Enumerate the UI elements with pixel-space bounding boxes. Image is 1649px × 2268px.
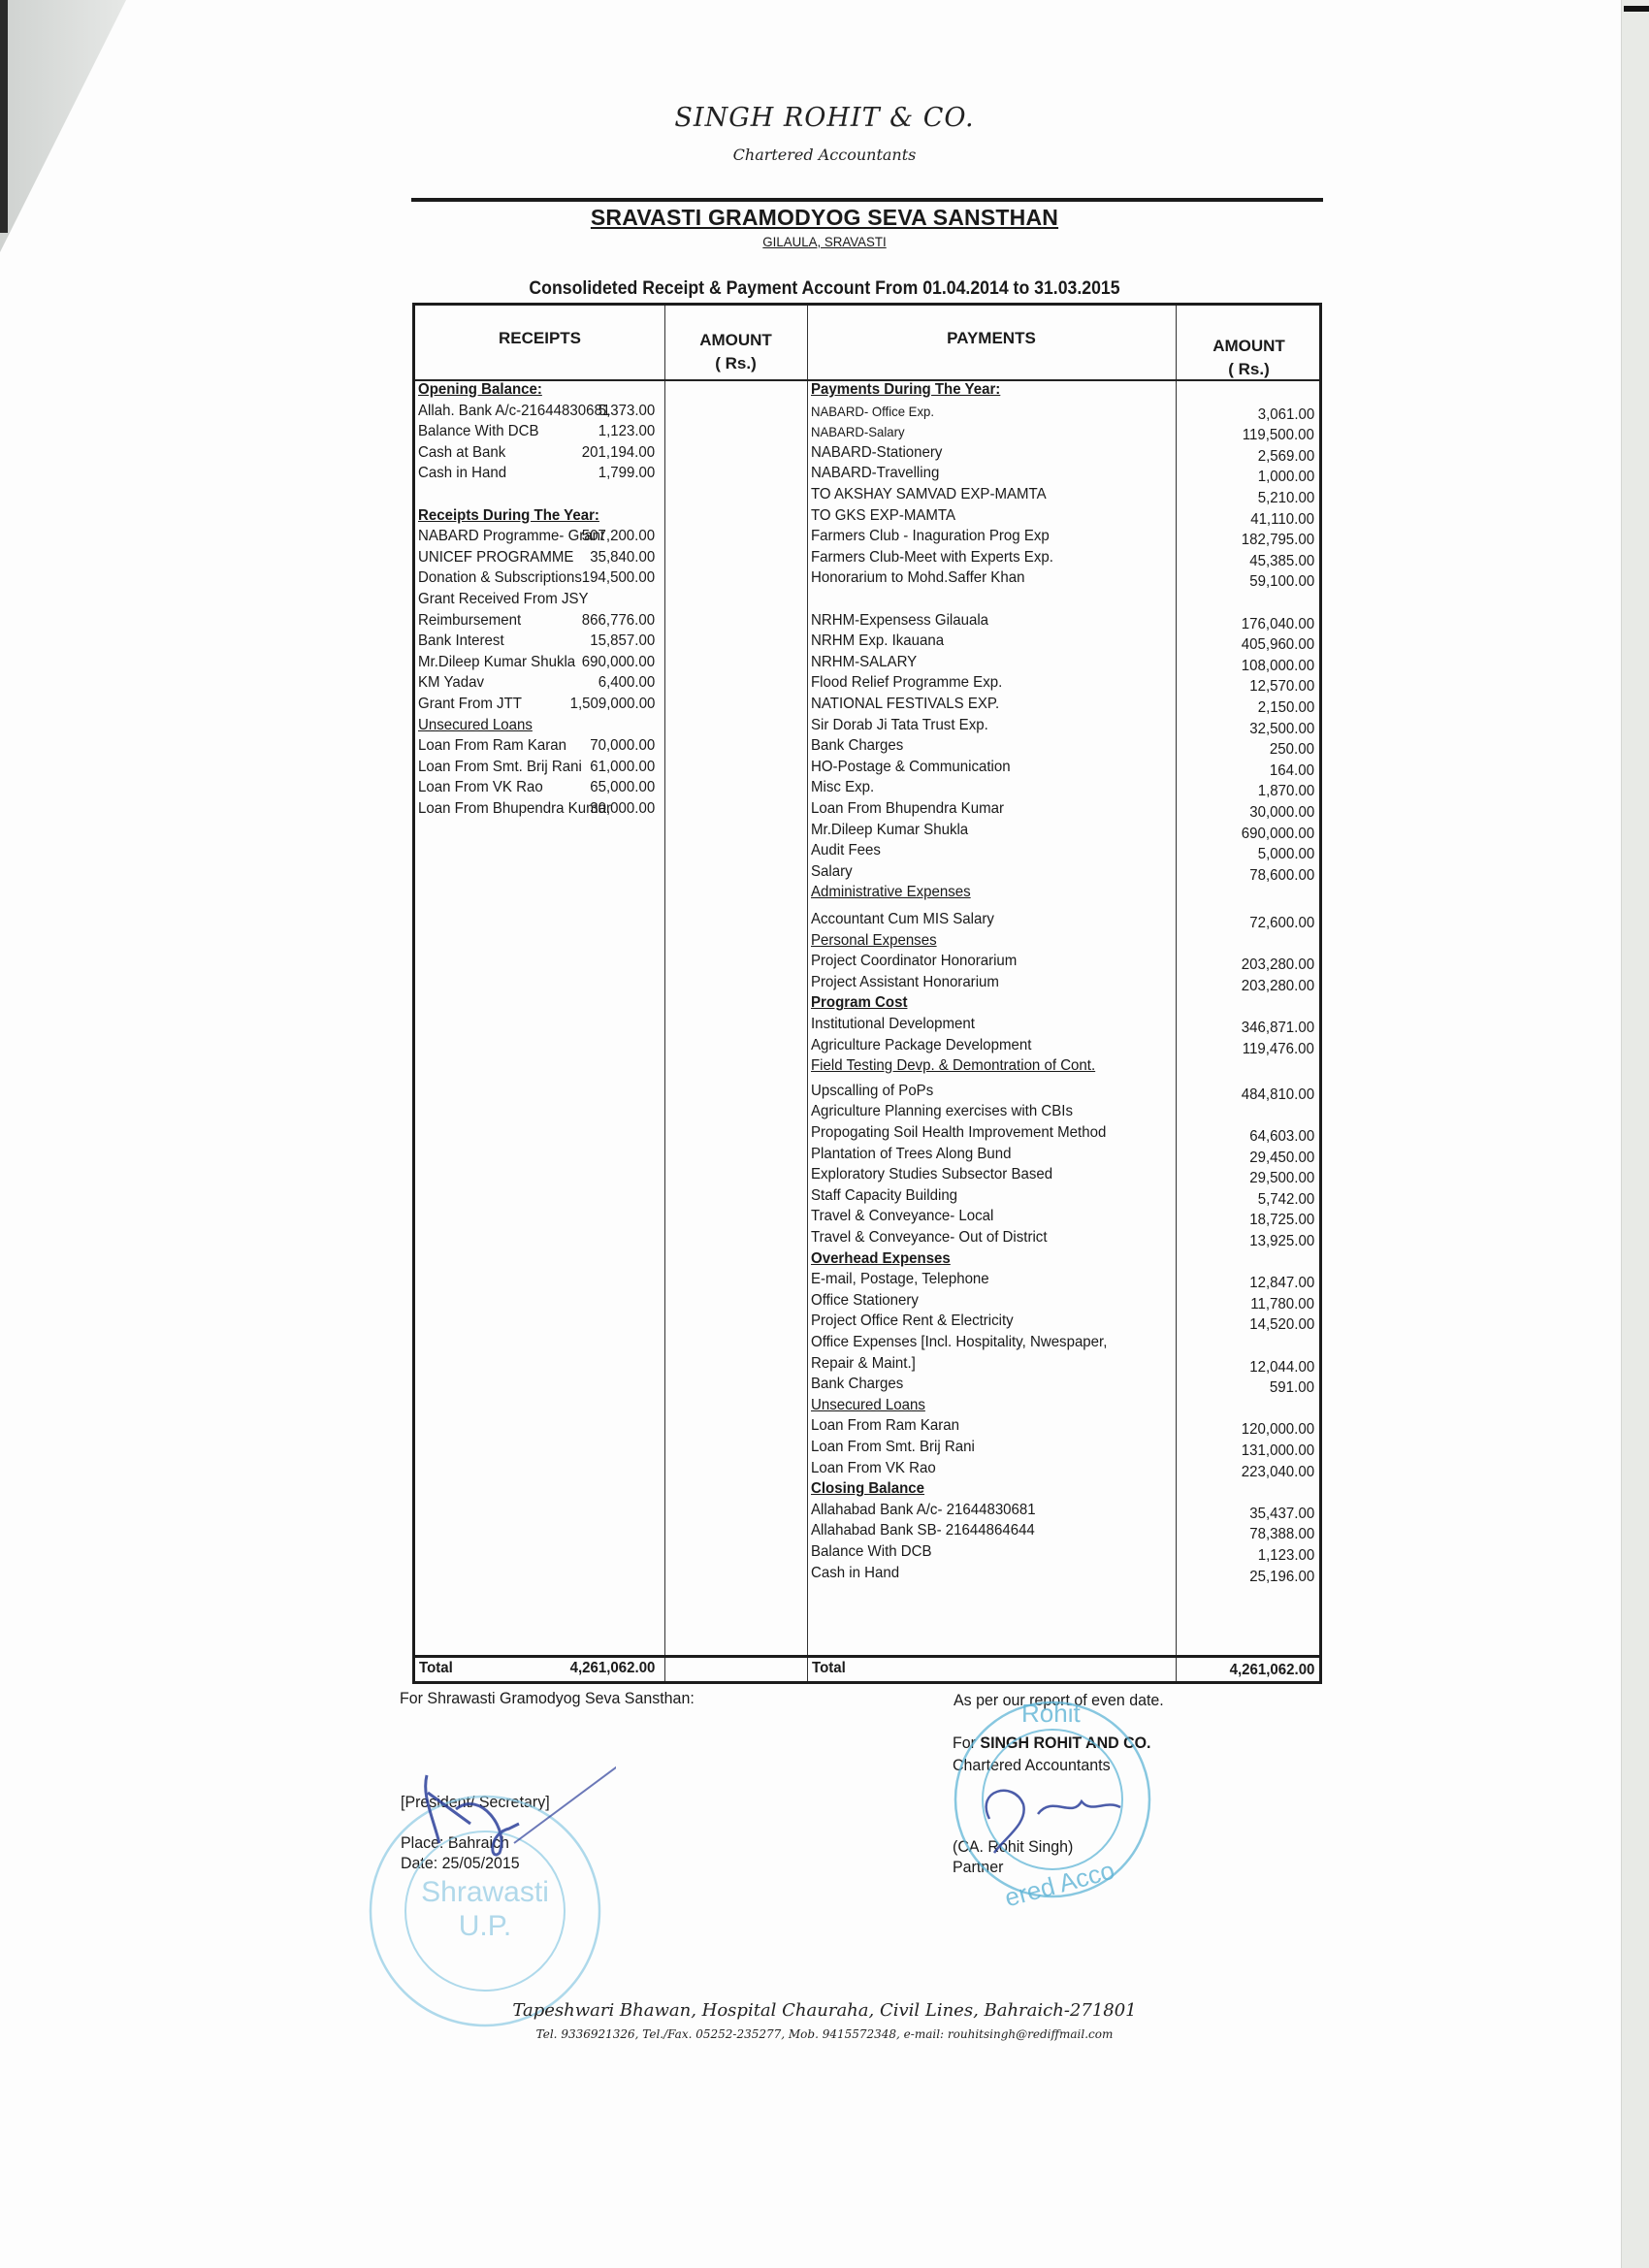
payment-item-amount: 14,520.00 xyxy=(1249,1316,1314,1334)
payment-item-label: Allahabad Bank SB- 21644864644 xyxy=(811,1522,1035,1539)
auditor-signatory: (CA. Rohit Singh) xyxy=(953,1837,1073,1857)
total-receipts-label: Total xyxy=(419,1660,453,1677)
receipt-item-amount: 35,840.00 xyxy=(590,549,655,567)
payment-item-amount: 484,810.00 xyxy=(1242,1086,1314,1104)
payment-item-amount: 119,500.00 xyxy=(1243,427,1314,444)
auditor-title: Partner xyxy=(953,1858,1003,1877)
header-receipts: RECEIPTS xyxy=(415,329,664,348)
receipt-item-amount: 70,000.00 xyxy=(590,737,655,755)
payment-item-amount: 3,061.00 xyxy=(1257,406,1314,424)
auditor-for-prefix: For xyxy=(953,1733,980,1752)
receipt-item-label: NABARD Programme- Grant xyxy=(418,528,604,545)
payment-item-amount: 164.00 xyxy=(1270,762,1314,780)
payment-item-amount: 1,000.00 xyxy=(1257,469,1314,486)
payment-item-amount: 176,040.00 xyxy=(1242,616,1314,633)
receipt-item-amount: 201,194.00 xyxy=(582,444,655,462)
payment-item-label: NABARD-Stationery xyxy=(811,444,942,462)
receipt-item-label: Loan From Smt. Brij Rani xyxy=(418,759,582,776)
header-currency-label: ( Rs.) xyxy=(664,352,807,375)
payment-item-amount: 2,569.00 xyxy=(1257,448,1314,466)
payment-item-label: Farmers Club-Meet with Experts Exp. xyxy=(811,549,1053,567)
payment-item-amount: 5,742.00 xyxy=(1257,1191,1314,1209)
payment-item-amount: 29,450.00 xyxy=(1249,1150,1314,1167)
payment-item-label: NRHM-SALARY xyxy=(811,654,917,671)
header-receipts-amount: AMOUNT ( Rs.) xyxy=(664,329,807,375)
payment-item-amount: 11,780.00 xyxy=(1250,1296,1314,1313)
payment-item-label: Balance With DCB xyxy=(811,1543,932,1561)
header-payments: PAYMENTS xyxy=(807,329,1176,348)
organization-location-text: GILAULA, SRAVASTI xyxy=(762,234,886,249)
payment-item-label: Personal Expenses xyxy=(811,932,937,950)
payment-item-amount: 346,871.00 xyxy=(1242,1020,1314,1037)
payment-item-amount: 12,044.00 xyxy=(1249,1359,1314,1377)
svg-text:ered Acco: ered Acco xyxy=(1002,1856,1117,1906)
receipt-item-label: Reimbursement xyxy=(418,612,521,630)
payment-item-label: Sir Dorab Ji Tata Trust Exp. xyxy=(811,717,988,734)
receipt-item-label: Unsecured Loans xyxy=(418,717,533,734)
payment-item-amount: 35,437.00 xyxy=(1249,1506,1314,1523)
payment-item-amount: 120,000.00 xyxy=(1242,1421,1314,1439)
signing-place: Place: Bahraich xyxy=(401,1833,509,1853)
payment-item-amount: 5,210.00 xyxy=(1257,490,1314,507)
auditor-firm-line: For SINGH ROHIT AND CO. xyxy=(953,1733,1151,1753)
receipt-item-amount: 1,509,000.00 xyxy=(569,696,655,713)
payment-item-label: Project Coordinator Honorarium xyxy=(811,953,1017,970)
column-divider xyxy=(664,306,665,1681)
payment-item-amount: 72,600.00 xyxy=(1249,915,1314,932)
firm-subtitle: Chartered Accountants xyxy=(0,146,1649,164)
receipt-item-amount: 61,000.00 xyxy=(590,759,655,776)
auditor-firm-name: SINGH ROHIT AND CO. xyxy=(980,1733,1150,1752)
payment-item-amount: 405,960.00 xyxy=(1242,636,1314,654)
payment-item-amount: 78,600.00 xyxy=(1249,867,1314,885)
letterhead-rule xyxy=(411,198,1323,202)
payment-item-label: Staff Capacity Building xyxy=(811,1187,957,1205)
receipt-item-label: Mr.Dileep Kumar Shukla xyxy=(418,654,575,671)
payment-item-amount: 64,603.00 xyxy=(1249,1128,1314,1146)
receipt-payment-table: RECEIPTS AMOUNT ( Rs.) PAYMENTS AMOUNT (… xyxy=(412,303,1322,1684)
payment-item-label: Project Assistant Honorarium xyxy=(811,974,999,991)
receipt-item-amount: 6,400.00 xyxy=(598,674,655,692)
svg-text:U.P.: U.P. xyxy=(459,1910,511,1942)
statement-title: Consolideted Receipt & Payment Account F… xyxy=(58,278,1592,300)
firm-name: SINGH ROHIT & CO. xyxy=(0,103,1649,133)
payment-item-label: Loan From VK Rao xyxy=(811,1460,936,1477)
payment-item-label: Overhead Expenses xyxy=(811,1250,951,1268)
receipt-item-label: Cash at Bank xyxy=(418,444,505,462)
payment-item-label: Allahabad Bank A/c- 21644830681 xyxy=(811,1502,1036,1519)
receipt-item-amount: 15,857.00 xyxy=(590,632,655,650)
footer-contact: Tel. 9336921326, Tel./Fax. 05252-235277,… xyxy=(0,2027,1649,2041)
auditor-note: As per our report of even date. xyxy=(954,1691,1164,1710)
total-receipts-amount: 4,261,062.00 xyxy=(569,1660,655,1677)
payment-item-label: Unsecured Loans xyxy=(811,1397,925,1414)
payment-item-label: HO-Postage & Communication xyxy=(811,759,1011,776)
payment-item-label: Bank Charges xyxy=(811,1376,903,1393)
payment-item-label: NABARD- Office Exp. xyxy=(811,403,934,420)
payment-item-label: NABARD-Travelling xyxy=(811,465,939,482)
column-divider xyxy=(1176,306,1177,1681)
payment-item-amount: 32,500.00 xyxy=(1249,721,1314,738)
payment-item-label: Plantation of Trees Along Bund xyxy=(811,1146,1012,1163)
payment-item-amount: 223,040.00 xyxy=(1242,1464,1314,1481)
payment-item-label: Office Stationery xyxy=(811,1292,919,1310)
payment-item-label: Agriculture Package Development xyxy=(811,1037,1031,1054)
receipt-item-label: Loan From Bhupendra Kumar xyxy=(418,800,611,818)
payment-item-label: NABARD-Salary xyxy=(811,423,905,440)
payment-item-label: Travel & Conveyance- Local xyxy=(811,1208,993,1225)
payment-item-label: Loan From Ram Karan xyxy=(811,1417,959,1435)
payment-item-label: Flood Relief Programme Exp. xyxy=(811,674,1002,692)
footer-address: Tapeshwari Bhawan, Hospital Chauraha, Ci… xyxy=(0,2000,1649,2021)
payment-item-amount: 78,388.00 xyxy=(1249,1526,1314,1543)
receipt-item-label: Donation & Subscriptions xyxy=(418,569,582,587)
payment-item-label: Program Cost xyxy=(811,994,907,1012)
payment-item-label: Closing Balance xyxy=(811,1480,924,1498)
payment-item-amount: 1,870.00 xyxy=(1257,783,1314,800)
payment-item-amount: 2,150.00 xyxy=(1257,699,1314,717)
payment-item-label: Upscalling of PoPs xyxy=(811,1083,933,1100)
svg-text:Shrawasti: Shrawasti xyxy=(421,1876,549,1908)
receipt-item-label: Allah. Bank A/c-21644830681 xyxy=(418,403,610,420)
total-payments-amount: 4,261,062.00 xyxy=(1229,1662,1314,1679)
organization-name: SRAVASTI GRAMODYOG SEVA SANSTHAN xyxy=(0,205,1649,231)
payment-item-label: Loan From Bhupendra Kumar xyxy=(811,800,1004,818)
payment-item-label: Bank Charges xyxy=(811,737,903,755)
payment-item-label: Loan From Smt. Brij Rani xyxy=(811,1439,975,1456)
payment-item-amount: 12,570.00 xyxy=(1249,678,1314,696)
payment-item-amount: 29,500.00 xyxy=(1249,1170,1314,1187)
receipt-item-amount: 507,200.00 xyxy=(582,528,655,545)
payment-item-label: Mr.Dileep Kumar Shukla xyxy=(811,822,968,839)
payment-item-label: Accountant Cum MIS Salary xyxy=(811,911,994,928)
payment-item-amount: 30,000.00 xyxy=(1249,804,1314,822)
payment-item-label: NRHM Exp. Ikauana xyxy=(811,632,944,650)
scan-edge-right-mark xyxy=(1624,6,1649,12)
receipt-item-label: Receipts During The Year: xyxy=(418,507,599,525)
payment-item-label: Misc Exp. xyxy=(811,779,874,796)
scan-edge-right xyxy=(1621,0,1649,2268)
payment-item-amount: 45,385.00 xyxy=(1249,553,1314,570)
receipt-item-amount: 30,000.00 xyxy=(590,800,655,818)
payment-item-label: Payments During The Year: xyxy=(811,381,1000,399)
payment-item-label: Agriculture Planning exercises with CBIs xyxy=(811,1103,1073,1120)
payment-item-amount: 108,000.00 xyxy=(1242,658,1314,675)
payment-item-amount: 690,000.00 xyxy=(1242,826,1314,843)
receipt-item-amount: 866,776.00 xyxy=(582,612,655,630)
receipt-item-label: Grant Received From JSY xyxy=(418,591,589,608)
receipt-item-label: Opening Balance: xyxy=(418,381,542,399)
payment-item-amount: 13,925.00 xyxy=(1249,1233,1314,1250)
payment-item-label: Office Expenses [Incl. Hospitality, Nwes… xyxy=(811,1334,1107,1351)
organization-location: GILAULA, SRAVASTI xyxy=(42,234,1608,249)
payment-item-amount: 591.00 xyxy=(1270,1379,1314,1397)
payment-item-label: Exploratory Studies Subsector Based xyxy=(811,1166,1052,1183)
receipt-item-amount: 65,000.00 xyxy=(590,779,655,796)
payment-item-amount: 25,196.00 xyxy=(1249,1569,1314,1586)
payment-item-amount: 12,847.00 xyxy=(1249,1275,1314,1292)
payment-item-label: Administrative Expenses xyxy=(811,884,971,901)
total-row: Total 4,261,062.00 Total 4,261,062.00 xyxy=(415,1655,1319,1681)
payment-item-label: NATIONAL FESTIVALS EXP. xyxy=(811,696,999,713)
receipt-item-label: Balance With DCB xyxy=(418,423,539,440)
payment-item-amount: 5,000.00 xyxy=(1257,846,1314,863)
receipt-item-label: Loan From VK Rao xyxy=(418,779,543,796)
receipt-item-amount: 5,373.00 xyxy=(598,403,655,420)
payment-item-label: Project Office Rent & Electricity xyxy=(811,1312,1014,1330)
receipt-item-label: KM Yadav xyxy=(418,674,484,692)
header-payments-amount: AMOUNT ( Rs.) xyxy=(1176,335,1322,381)
payment-item-label: Salary xyxy=(811,863,853,881)
header-amount-label: AMOUNT xyxy=(664,329,807,352)
payment-item-label: Repair & Maint.] xyxy=(811,1355,916,1373)
payment-item-label: Honorarium to Mohd.Saffer Khan xyxy=(811,569,1024,587)
payment-item-label: TO AKSHAY SAMVAD EXP-MAMTA xyxy=(811,486,1047,503)
receipt-item-amount: 690,000.00 xyxy=(582,654,655,671)
payment-item-amount: 203,280.00 xyxy=(1242,956,1314,974)
payment-item-label: TO GKS EXP-MAMTA xyxy=(811,507,955,525)
header-currency-label: ( Rs.) xyxy=(1176,358,1322,381)
header-amount-label: AMOUNT xyxy=(1176,335,1322,358)
receipt-item-amount: 194,500.00 xyxy=(582,569,655,587)
payment-item-label: Farmers Club - Inaguration Prog Exp xyxy=(811,528,1050,545)
payment-item-amount: 1,123.00 xyxy=(1257,1547,1314,1565)
payment-item-label: Audit Fees xyxy=(811,842,881,859)
payment-item-amount: 203,280.00 xyxy=(1242,978,1314,995)
payment-item-amount: 131,000.00 xyxy=(1242,1442,1314,1460)
payment-item-amount: 182,795.00 xyxy=(1242,532,1314,549)
column-divider xyxy=(807,306,808,1681)
receipt-item-label: Grant From JTT xyxy=(418,696,522,713)
payment-item-amount: 18,725.00 xyxy=(1249,1212,1314,1229)
payment-item-amount: 250.00 xyxy=(1270,741,1314,759)
organization-name-text: SRAVASTI GRAMODYOG SEVA SANSTHAN xyxy=(591,205,1058,230)
payment-item-label: Cash in Hand xyxy=(811,1565,899,1582)
payment-item-amount: 59,100.00 xyxy=(1249,573,1314,591)
payment-item-label: Propogating Soil Health Improvement Meth… xyxy=(811,1124,1106,1142)
receipt-item-label: Loan From Ram Karan xyxy=(418,737,566,755)
org-for-line: For Shrawasti Gramodyog Seva Sansthan: xyxy=(400,1689,695,1708)
receipt-item-amount: 1,123.00 xyxy=(598,423,655,440)
payment-item-label: Field Testing Devp. & Demontration of Co… xyxy=(811,1057,1095,1075)
payment-item-label: NRHM-Expensess Gilauala xyxy=(811,612,988,630)
payment-item-amount: 41,110.00 xyxy=(1250,511,1314,529)
payment-item-amount: 119,476.00 xyxy=(1243,1041,1314,1058)
receipt-item-amount: 1,799.00 xyxy=(598,465,655,482)
payment-item-label: Travel & Conveyance- Out of District xyxy=(811,1229,1048,1247)
receipt-item-label: Cash in Hand xyxy=(418,465,506,482)
payment-item-label: Institutional Development xyxy=(811,1016,975,1033)
signing-date: Date: 25/05/2015 xyxy=(401,1854,520,1873)
receipt-item-label: Bank Interest xyxy=(418,632,504,650)
receipt-item-label: UNICEF PROGRAMME xyxy=(418,549,573,567)
total-payments-label: Total xyxy=(812,1660,846,1677)
org-signatory: [President/ Secretary] xyxy=(401,1793,550,1812)
auditor-role: Chartered Accountants xyxy=(953,1756,1111,1775)
payment-item-label: E-mail, Postage, Telephone xyxy=(811,1271,989,1288)
